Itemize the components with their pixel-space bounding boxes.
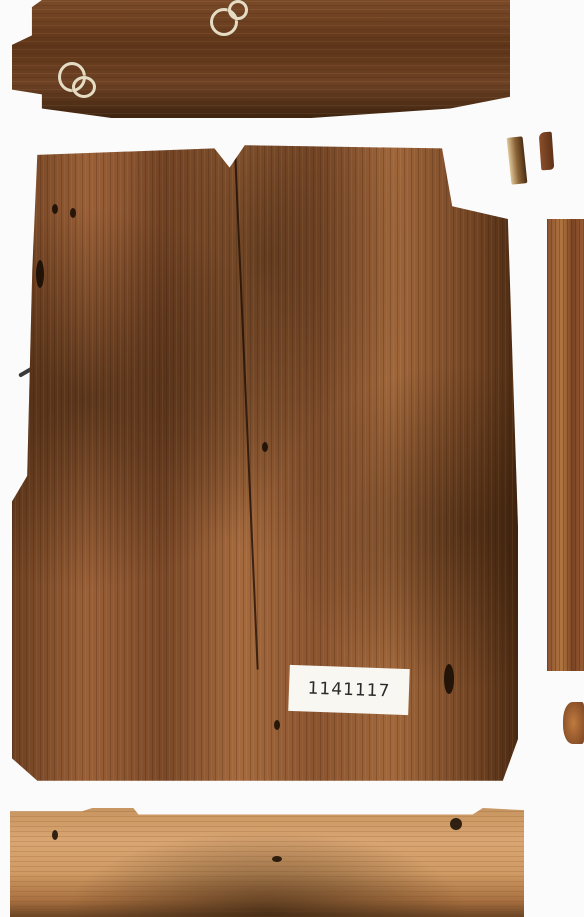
insect-hole: [36, 260, 44, 288]
top-plank-fragment: [12, 0, 510, 118]
wood-splinter-fragment: [507, 136, 528, 184]
nail-hole: [52, 830, 58, 840]
nail-hole: [272, 856, 282, 862]
board-crack: [234, 150, 259, 670]
insect-hole: [70, 208, 76, 218]
right-plank-fragment: [547, 219, 584, 671]
insect-hole: [52, 204, 58, 214]
insect-hole: [274, 720, 280, 730]
wood-rounded-chip: [563, 702, 584, 744]
insect-hole: [262, 442, 268, 452]
wood-curved-fragment: [539, 132, 555, 171]
inventory-number-label: 1141117: [288, 665, 410, 715]
cord-knot-top-tie: [228, 0, 248, 20]
bottom-plank-fragment: [10, 808, 524, 917]
cord-knot-left-loop: [72, 76, 96, 98]
insect-hole: [444, 664, 454, 694]
main-board-fragment: 1141117: [12, 142, 518, 784]
nail-hole: [450, 818, 462, 830]
